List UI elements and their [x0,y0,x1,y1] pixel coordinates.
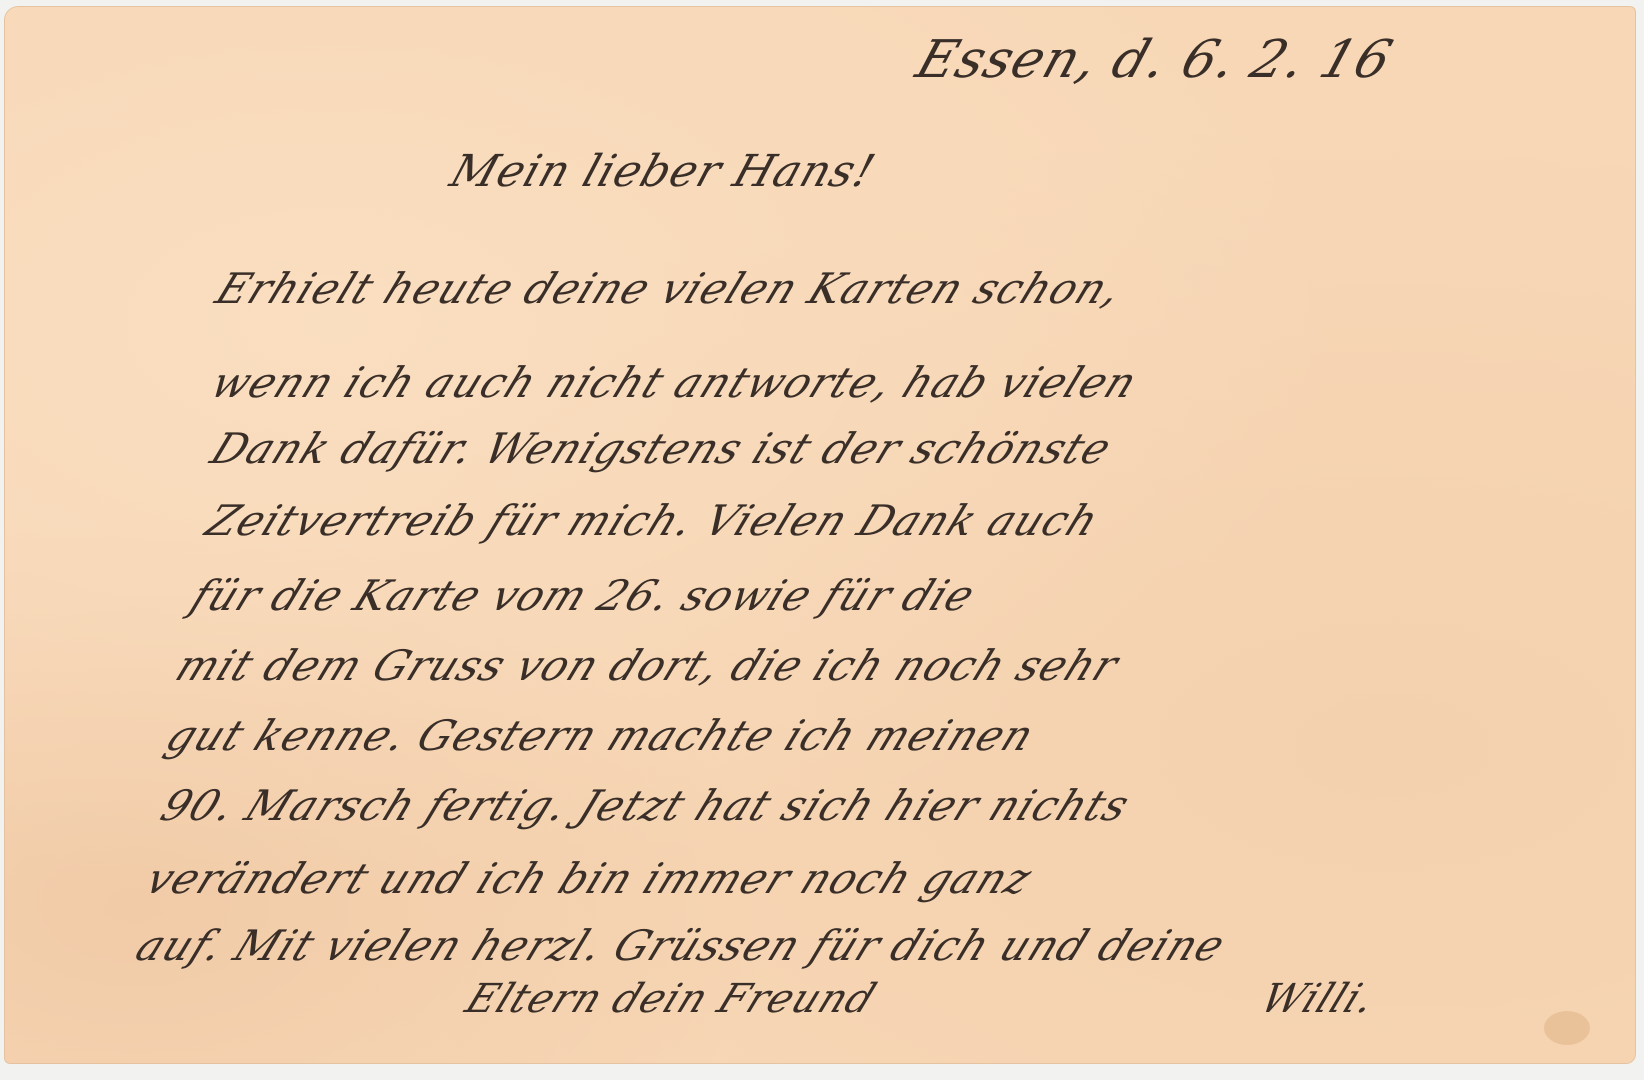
body-line-9: verändert und ich bin immer noch ganz [139,854,1040,903]
body-line-8: 90. Marsch fertig. Jetzt hat sich hier n… [154,781,1137,830]
body-line-7: gut kenne. Gestern machte ich meinen [159,711,1042,760]
body-line-6: mit dem Gruss von dort, die ich noch seh… [169,641,1126,690]
body-line-2: wenn ich auch nicht antworte, hab vielen [204,358,1145,407]
signature: Willi. [1254,976,1383,1022]
paper-stain [1544,1011,1590,1045]
closing: Eltern dein Freund [459,976,883,1022]
body-line-10: auf. Mit vielen herzl. Grüssen für dich … [129,921,1233,970]
body-line-5: für die Karte vom 26. sowie für die [184,571,983,620]
postcard: Essen, d. 6. 2. 16 Mein lieber Hans! Erh… [4,6,1636,1064]
date-line: Essen, d. 6. 2. 16 [909,30,1400,90]
body-line-4: Zeitvertreib für mich. Vielen Dank auch [199,496,1107,545]
body-line-1: Erhielt heute deine vielen Karten schon, [209,264,1130,313]
salutation: Mein lieber Hans! [444,146,882,197]
body-line-3: Dank dafür. Wenigstens ist der schönste [204,424,1119,473]
